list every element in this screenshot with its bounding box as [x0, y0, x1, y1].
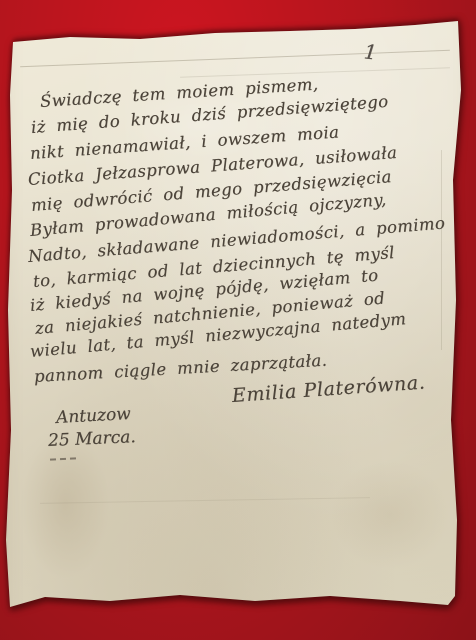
date: 25 Marca.	[48, 427, 137, 451]
date-underline-flourish	[50, 457, 76, 460]
page-number: 1	[363, 39, 378, 64]
photograph-of-letter: 1 Świadczę tem moiem pismem, iż mię do k…	[0, 0, 476, 640]
crease-line	[441, 150, 442, 350]
signature: Emilia Platerówna.	[231, 372, 426, 407]
paper-shadow: 1 Świadczę tem moiem pismem, iż mię do k…	[0, 0, 476, 640]
place-name: Antuzow	[56, 404, 132, 428]
crease-line	[40, 497, 370, 504]
paper-stain	[330, 460, 450, 570]
crease-line	[20, 50, 450, 68]
paper-stain	[20, 430, 110, 580]
manuscript-paper: 1 Świadczę tem moiem pismem, iż mię do k…	[0, 0, 476, 640]
